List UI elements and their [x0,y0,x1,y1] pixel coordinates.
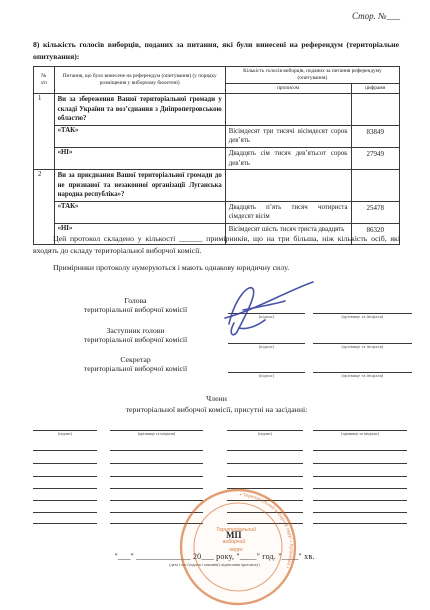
section-heading: 8) кількість голосів виборців, поданих з… [33,39,399,62]
answer-row-no-1: «НІ» Двадцять сім тисяч дев’ятьсот сорок… [34,148,400,170]
name-caption: (прізвище та ініціали) [313,431,407,436]
members-title: Члени територіальної виборчої комісії, п… [33,394,400,415]
name-caption: (прізвище та ініціали) [110,431,203,436]
signature-caption: (підпис) [227,431,303,436]
official-stamp: МП • Територіальний виборчий округ • Луг… [176,486,300,610]
votes-digits: 25478 [351,201,400,223]
role-title-secretary: Секретар територіальної виборчої комісії [33,355,238,374]
votes-words: Двадцять сім тисяч дев’ятьсот сорок дев’… [225,148,351,170]
paragraph-copies: Цей протокол складено у кількості ______… [33,233,400,257]
role-title-head: Голова територіальної виборчої комісії [33,296,238,315]
votes-digits: 27949 [351,148,400,170]
answer-row-yes-1: «ТАК» Вісімдесят три тисячі вісімдесят с… [34,125,400,147]
signature-caption: (підпис) [228,344,305,349]
col-header-question: Питання, що було винесене на референдум … [54,67,225,94]
table-header-row: № з/п Питання, що було винесене на рефер… [34,67,400,84]
answer-label: «НІ» [54,148,225,170]
role-line2: територіальної виборчої комісії [33,364,238,373]
question-text: Ви за збереження Вашої територіальної гр… [54,94,225,126]
paragraph-equal-force: Примірники протоколу нумеруються і мають… [33,262,400,274]
answer-label: «ТАК» [54,201,225,223]
role-title-deputy: Заступник голови територіальної виборчої… [33,326,238,345]
members-title-line1: Члени [33,394,400,405]
role-line1: Заступник голови [33,326,238,335]
votes-words: Вісімдесят три тисячі вісімдесят сорок д… [225,125,351,147]
col-header-count: Кількість голосів виборців, поданих за п… [225,67,399,84]
members-title-line2: територіальної виборчої комісії, присутн… [33,405,400,416]
votes-table: № з/п Питання, що було винесене на рефер… [33,66,400,245]
signature-caption: (підпис) [33,431,97,436]
col-header-num: № з/п [34,67,55,94]
votes-digits-cell [351,170,400,202]
question-number: 1 [34,94,55,170]
answer-row-yes-2: «ТАК» Двадцять п’ять тисяч чотириста сім… [34,201,400,223]
question-row-1: 1 Ви за збереження Вашої територіальної … [34,94,400,126]
signature-block: Голова територіальної виборчої комісії (… [33,292,413,384]
answer-label: «ТАК» [54,125,225,147]
name-caption: (прізвище та ініціали) [313,373,412,378]
stamp-center-line1: Територіальний [216,526,256,533]
question-row-2: 2 Ви за приєднання Вашої територіальної … [34,170,400,202]
col-header-digits: цифрами [351,84,400,94]
stamp-center-line3: округ [229,547,243,553]
question-text: Ви за приєднання Вашої територіальної гр… [54,170,225,202]
votes-words: Двадцять п’ять тисяч чотириста сімдесят … [225,201,351,223]
page-number-label: Стор. №___ [352,11,400,21]
role-line1: Секретар [33,355,238,364]
round-stamp-icon: МП • Територіальний виборчий округ • Луг… [176,486,300,610]
col-header-words: прописом [225,84,351,94]
document-page: Стор. №___ 8) кількість голосів виборців… [0,0,430,610]
role-line2: територіальної виборчої комісії [33,335,238,344]
votes-digits-cell [351,94,400,126]
signature-caption: (підпис) [228,373,305,378]
stamp-center-line2: виборчий [223,538,246,545]
votes-words-cell [225,170,351,202]
name-caption: (прізвище та ініціали) [313,344,412,349]
role-line1: Голова [33,296,238,305]
votes-digits: 83849 [351,125,400,147]
role-line2: територіальної виборчої комісії [33,305,238,314]
votes-words-cell [225,94,351,126]
handwritten-signature [213,280,328,336]
